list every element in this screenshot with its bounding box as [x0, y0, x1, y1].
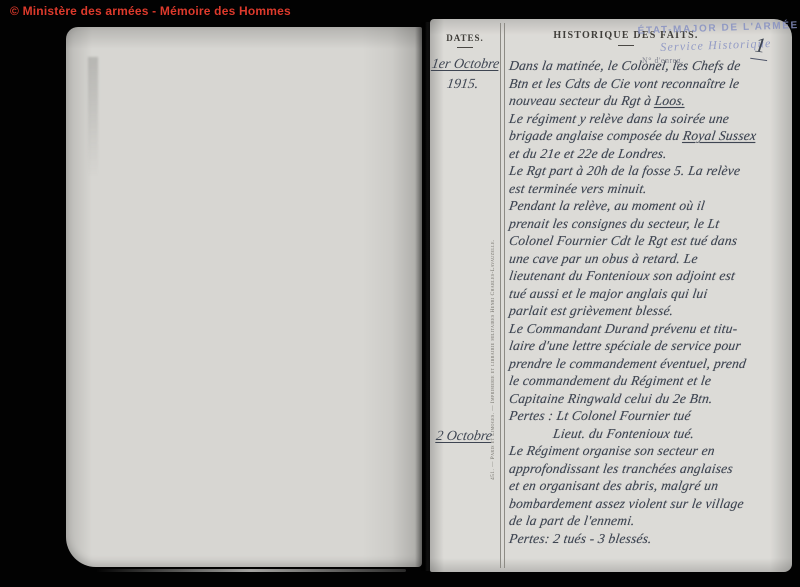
journal-line: parlait est grièvement blessé.	[508, 302, 792, 320]
journal-line: approfondissant les tranchées anglaises	[508, 460, 792, 478]
date-entry: 1er Octobre1915.	[427, 55, 501, 95]
journal-line: Pertes : Lt Colonel Fournier tué	[508, 407, 792, 425]
archive-scan-viewer: { "watermark": { "text": "© Ministère de…	[0, 0, 800, 587]
service-historique-stamp: ÉTAT-MAJOR DE L'ARMÉE Service Historique	[638, 20, 795, 55]
journal-line: est terminée vers minuit.	[508, 180, 792, 198]
left-page-blank	[66, 27, 422, 567]
journal-line: de la part de l'ennemi.	[508, 512, 792, 530]
date-entry: 2 Octobre	[429, 427, 500, 447]
journal-line: bombardement assez violent sur le villag…	[508, 495, 792, 513]
stamp-title: ÉTAT-MAJOR DE L'ARMÉE	[638, 20, 794, 36]
journal-line: Colonel Fournier Cdt le Rgt est tué dans	[508, 232, 792, 250]
page-texture-streak	[88, 57, 98, 177]
journal-line: le commandement du Régiment et le	[508, 372, 792, 390]
journal-line: Le régiment y relève dans la soirée une	[508, 110, 792, 128]
date-line: 2 Octobre	[429, 427, 500, 447]
journal-line: laire d'une lettre spéciale de service p…	[508, 337, 792, 355]
underlying-page-edge	[96, 569, 406, 572]
journal-line: Pendant la relève, au moment où il	[508, 197, 792, 215]
journal-line: tué aussi et le major anglais qui lui	[508, 285, 792, 303]
journal-line: prendre le commandement éventuel, prend	[508, 355, 792, 373]
copyright-watermark: © Ministère des armées - Mémoire des Hom…	[10, 4, 291, 18]
header-dash	[618, 45, 634, 46]
journal-line: une cave par un obus à retard. Le	[508, 250, 792, 268]
journal-line: Le Rgt part à 20h de la fosse 5. La relè…	[508, 162, 792, 180]
journal-body: Dans la matinée, le Colonel, les Chefs d…	[508, 57, 790, 547]
date-line: 1er Octobre	[430, 55, 501, 75]
journal-line: Dans la matinée, le Colonel, les Chefs d…	[508, 57, 792, 75]
right-page: DATES. HISTORIQUE DES FAITS. ÉTAT-MAJOR …	[430, 19, 792, 572]
dates-column-divider	[500, 23, 505, 568]
journal-line: Le Régiment organise son secteur en	[508, 442, 792, 460]
journal-line: Capitaine Ringwald celui du 2e Btn.	[508, 390, 792, 408]
journal-line: et en organisant des abris, malgré un	[508, 477, 792, 495]
journal-line: et du 21e et 22e de Londres.	[508, 145, 792, 163]
dates-column: 1er Octobre1915.2 Octobre	[430, 19, 500, 572]
journal-line: Pertes: 2 tués - 3 blessés.	[508, 530, 792, 548]
journal-line: prenait les consignes du secteur, le Lt	[508, 215, 792, 233]
date-line: 1915.	[427, 75, 498, 95]
journal-line: brigade anglaise composée du Royal Susse…	[508, 127, 792, 145]
journal-line: Le Commandant Durand prévenu et titu-	[508, 320, 792, 338]
journal-line: Lieut. du Fontenioux tué.	[508, 425, 792, 443]
journal-line: nouveau secteur du Rgt à Loos.	[508, 92, 792, 110]
journal-line: lieutenant du Fontenioux son adjoint est	[508, 267, 792, 285]
journal-line: Btn et les Cdts de Cie vont reconnaître …	[508, 75, 792, 93]
stamp-subtitle: Service Historique	[660, 35, 794, 55]
